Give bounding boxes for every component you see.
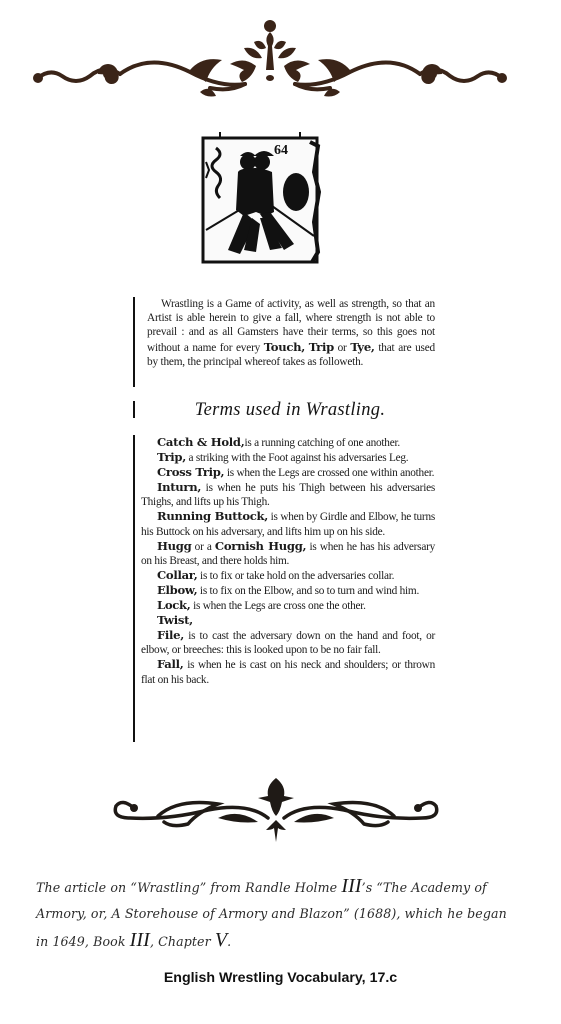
list-item: Cross Trip, is when the Legs are crossed…: [141, 465, 435, 480]
source-caption: The article on “Wrastling” from Randle H…: [36, 873, 536, 955]
intro-paragraph: Wrastling is a Game of activity, as well…: [147, 297, 435, 369]
term-definition: is a running catching of one another.: [244, 437, 399, 449]
term-name: Fall,: [157, 657, 183, 671]
terms-list: Catch & Hold,is a running catching of on…: [133, 435, 435, 742]
woodcut-page-number: 64: [274, 143, 288, 158]
list-item: Elbow, is to fix on the Elbow, and so to…: [141, 583, 435, 598]
intro-paragraph-block: Wrastling is a Game of activity, as well…: [133, 297, 435, 387]
list-item: Inturn, is when he puts his Thigh betwee…: [141, 480, 435, 509]
term-name: Running Buttock,: [157, 509, 268, 523]
term-name: Hugg: [157, 539, 191, 553]
term-definition: a striking with the Foot against his adv…: [186, 452, 408, 464]
caption-line-1: The article on “Wrastling” from Randle H…: [36, 873, 536, 901]
term-name: Collar,: [157, 568, 197, 582]
term-name: Lock,: [157, 598, 191, 612]
term-definition: is to fix on the Elbow, and so to turn a…: [197, 585, 419, 597]
term-name: Inturn,: [157, 480, 201, 494]
left-margin-rule: [133, 435, 135, 742]
scroll-flourish-ornament-icon: [30, 12, 510, 104]
caption-line-3: in 1649, Book III, Chapter V.: [36, 927, 536, 955]
term-definition: is when he is cast on his neck and shoul…: [141, 659, 435, 685]
margin-rule-fragment: [133, 401, 135, 418]
term-name-alt: Cornish Hugg,: [215, 539, 306, 553]
caption-line-2: Armory, or, A Storehouse of Armory and B…: [36, 901, 536, 927]
term-touch: Touch,: [264, 340, 305, 354]
list-item: File, is to cast the adversary down on t…: [141, 628, 435, 657]
two-wrestlers-woodcut-icon: 64: [200, 132, 322, 270]
list-item: Fall, is when he is cast on his neck and…: [141, 657, 435, 686]
terms-heading: Terms used in Wrastling.: [140, 400, 440, 421]
list-item: Lock, is when the Legs are cross one the…: [141, 598, 435, 613]
term-name: Twist,: [157, 613, 193, 627]
term-definition: is to cast the adversary down on the han…: [141, 630, 435, 656]
term-tye: Tye,: [350, 340, 374, 354]
left-margin-rule: [133, 297, 135, 387]
term-definition: is when the Legs are cross one the other…: [191, 600, 366, 612]
list-item: Catch & Hold,is a running catching of on…: [141, 435, 435, 450]
list-item: Collar, is to fix or take hold on the ad…: [141, 568, 435, 583]
term-definition: is when the Legs are crossed one within …: [224, 467, 434, 479]
fleur-flourish-ornament-icon: [108, 772, 444, 844]
list-item: Running Buttock, is when by Girdle and E…: [141, 509, 435, 538]
term-name: Cross Trip,: [157, 465, 224, 479]
term-name: Catch & Hold,: [157, 435, 244, 449]
term-name: Elbow,: [157, 583, 197, 597]
term-trip: Trip: [309, 340, 334, 354]
list-item: Trip, a striking with the Foot against h…: [141, 450, 435, 465]
list-item: Hugg or a Cornish Hugg, is when he has h…: [141, 539, 435, 568]
term-name: Trip,: [157, 450, 186, 464]
list-item: Twist,: [141, 613, 435, 628]
term-definition: is to fix or take hold on the adversarie…: [197, 570, 394, 582]
document-title: English Wrestling Vocabulary, 17.c: [0, 970, 561, 986]
term-name: File,: [157, 628, 184, 642]
